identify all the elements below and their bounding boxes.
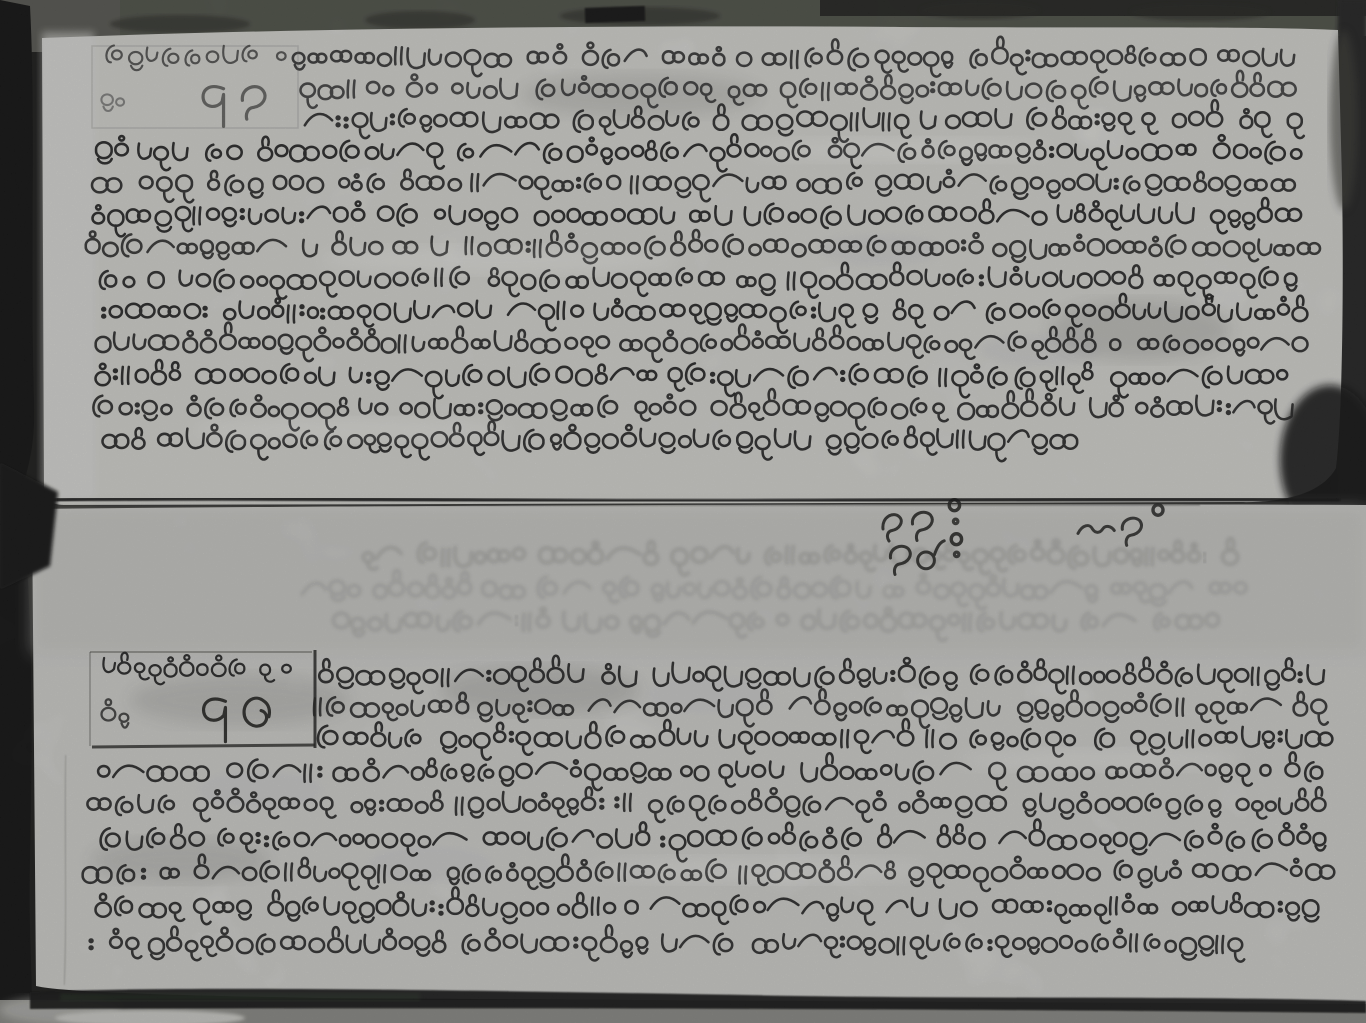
- manuscript-photo: Two stacked palm-leaf manuscript folios …: [0, 0, 1366, 1023]
- texture-overlays: [0, 0, 1366, 1023]
- photo-canvas: Two stacked palm-leaf manuscript folios …: [0, 0, 1366, 1023]
